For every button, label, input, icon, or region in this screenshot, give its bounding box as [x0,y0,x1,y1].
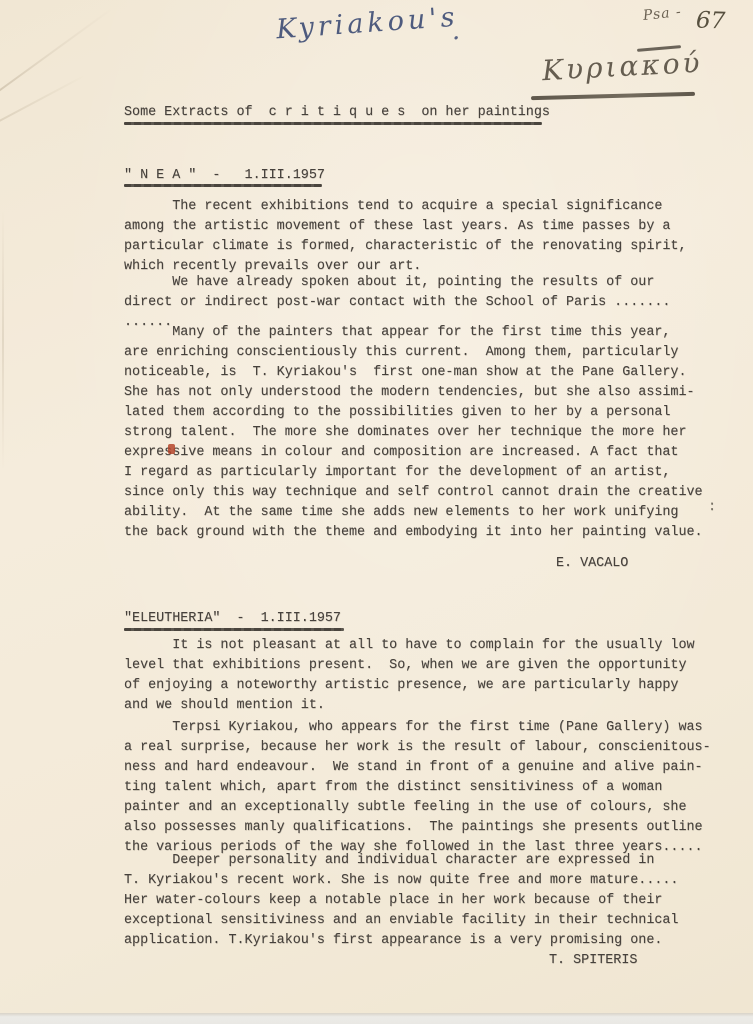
scan-bottom-edge [0,1013,753,1024]
section-header-nea: " N E A " - 1.III.1957 [124,166,325,186]
signature-spiteris: T. SPITERIS [549,951,637,971]
pencil-underline-stroke [531,92,695,100]
reference-code-note: Psa - [642,4,682,24]
paragraph: The recent exhibitions tend to acquire a… [124,197,687,277]
signature-vacalo: E. VACALO [556,554,628,574]
paper-fold-crease [2,210,4,470]
paragraph: Many of the painters that appear for the… [124,323,703,543]
paper-fold-crease [0,8,112,98]
heading-underline [124,122,542,125]
paragraph: It is not pleasant at all to have to com… [124,636,695,716]
section-header-underline [124,628,344,631]
section-header-eleutheria: "ELEUTHERIA" - 1.III.1957 [124,609,341,629]
handwritten-name-ink: Kyriakou's [275,2,459,46]
handwritten-dot: . [452,16,460,46]
red-correction-mark [168,444,175,454]
stray-colon-mark: : [708,498,716,518]
handwritten-name-pencil: Κυριακού [541,46,703,87]
document-heading: Some Extracts of c r i t i q u e s on he… [124,103,550,123]
paper-fold-crease [0,74,86,127]
section-header-underline [124,184,322,187]
paragraph: Deeper personality and individual charac… [124,851,678,951]
paragraph: Terpsi Kyriakou, who appears for the fir… [124,718,711,858]
document-page: Kyriakou's . Psa - 67 Κυριακού Some Extr… [0,0,753,1013]
reference-number-note: 67 [696,7,726,34]
